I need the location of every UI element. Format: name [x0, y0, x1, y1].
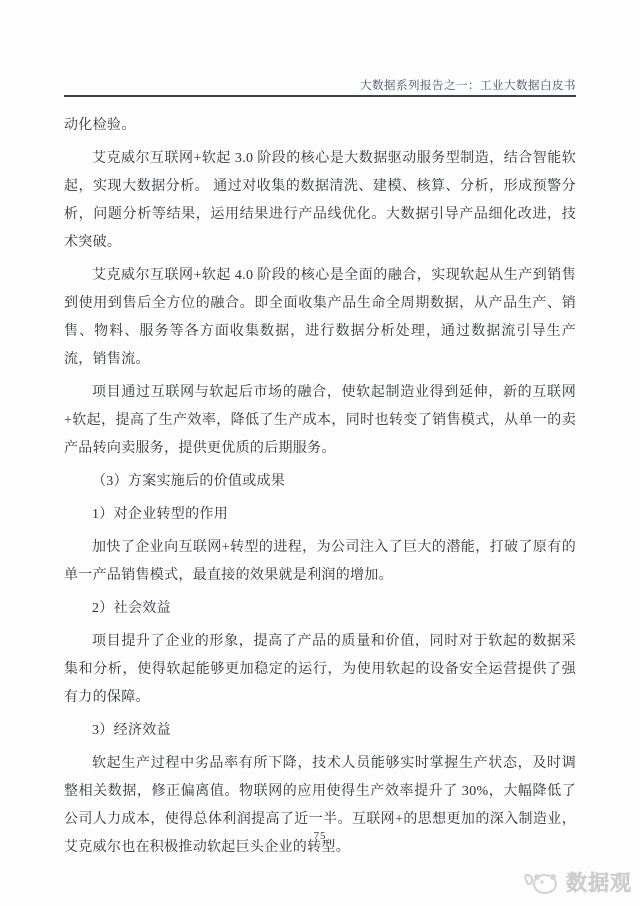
section-heading-results: （3）方案实施后的价值或成果	[64, 468, 576, 496]
section-heading-transformation: 1）对企业转型的作用	[64, 501, 576, 529]
paragraph: 项目提升了企业的形象，提高了产品的质量和价值，同时对于软起的数据采集和分析，使得…	[64, 628, 576, 712]
paragraph: 项目通过互联网与软起后市场的融合，使软起制造业得到延伸，新的互联网+软起，提高了…	[64, 379, 576, 463]
paragraph: 艾克威尔互联网+软起 3.0 阶段的核心是大数据驱动服务型制造，结合智能软起，实…	[64, 145, 576, 257]
paragraph: 加快了企业向互联网+转型的进程，为公司注入了巨大的潜能，打破了原有的单一产品销售…	[64, 534, 576, 590]
paragraph: 艾克威尔互联网+软起 4.0 阶段的核心是全面的融合，实现软起从生产到销售到使用…	[64, 262, 576, 374]
section-heading-social-benefit: 2）社会效益	[64, 595, 576, 623]
paragraph-continuation: 动化检验。	[64, 112, 576, 140]
paragraph: 软起生产过程中劣品率有所下降，技术人员能够实时掌握生产状态，及时调整相关数据，修…	[64, 750, 576, 862]
page-number: 75	[0, 830, 640, 842]
header-rule	[64, 95, 576, 97]
running-header: 大数据系列报告之一：工业大数据白皮书	[64, 79, 576, 93]
watermark-label: 数据观	[566, 867, 632, 897]
document-page: 大数据系列报告之一：工业大数据白皮书 动化检验。 艾克威尔互联网+软起 3.0 …	[0, 0, 640, 905]
body-text-column: 动化检验。 艾克威尔互联网+软起 3.0 阶段的核心是大数据驱动服务型制造，结合…	[64, 112, 576, 862]
panda-logo-icon	[522, 867, 562, 897]
section-heading-economic-benefit: 3）经济效益	[64, 717, 576, 745]
watermark-logo: 数据观	[522, 867, 632, 897]
